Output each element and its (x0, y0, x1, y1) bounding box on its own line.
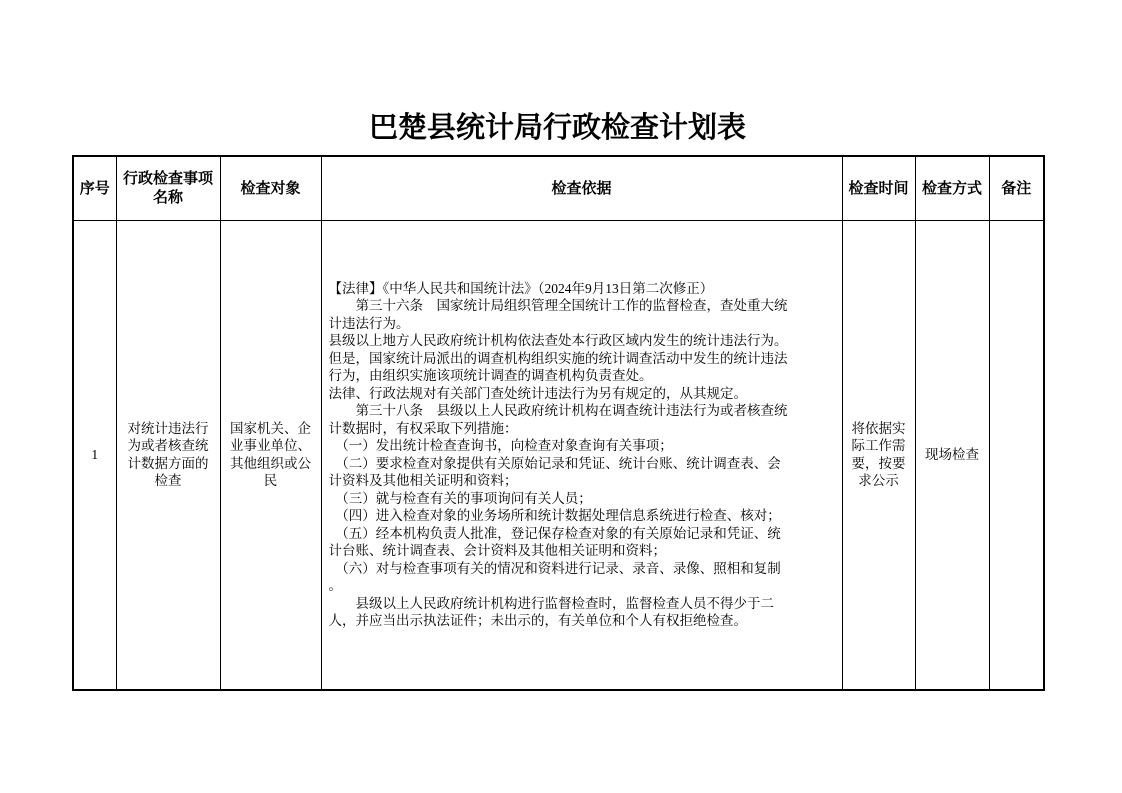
col-header-basis: 检查依据 (321, 156, 842, 220)
col-header-method: 检查方式 (915, 156, 989, 220)
col-header-target: 检查对象 (220, 156, 321, 220)
document-page: 巴楚县统计局行政检查计划表 序号 行政检查事项 名称 检查对象 检查依据 检查时… (0, 0, 1122, 793)
col-header-remark: 备注 (989, 156, 1044, 220)
page-title: 巴楚县统计局行政检查计划表 (72, 105, 1043, 146)
table-header-row: 序号 行政检查事项 名称 检查对象 检查依据 检查时间 检查方式 备注 (73, 156, 1044, 220)
col-header-time: 检查时间 (842, 156, 915, 220)
col-header-item-name: 行政检查事项 名称 (116, 156, 220, 220)
table-row: 1 对统计违法行 为或者核查统 计数据方面的 检查 国家机关、企 业事业单位、 … (73, 220, 1044, 690)
cell-remark (989, 220, 1044, 690)
cell-item-name: 对统计违法行 为或者核查统 计数据方面的 检查 (116, 220, 220, 690)
cell-target: 国家机关、企 业事业单位、 其他组织或公 民 (220, 220, 321, 690)
col-header-seq: 序号 (73, 156, 116, 220)
cell-time: 将依据实 际工作需 要，按要 求公示 (842, 220, 915, 690)
inspection-plan-table: 序号 行政检查事项 名称 检查对象 检查依据 检查时间 检查方式 备注 1 对统… (72, 155, 1045, 691)
cell-basis: 【法律】《中华人民共和国统计法》（2024年9月13日第二次修正） 第三十六条 … (321, 220, 842, 690)
cell-seq: 1 (73, 220, 116, 690)
cell-method: 现场检查 (915, 220, 989, 690)
